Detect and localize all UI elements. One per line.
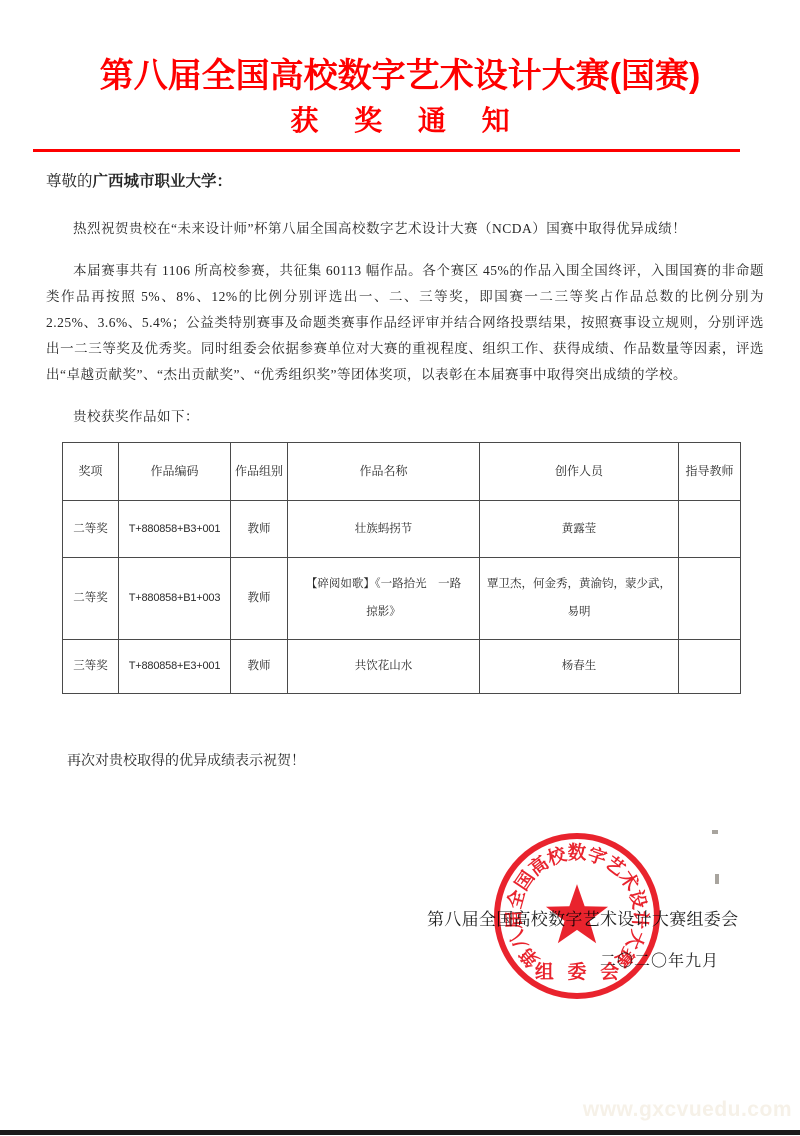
awards-table: 奖项 作品编码 作品组别 作品名称 创作人员 指导教师 二等奖 T+880858… (62, 442, 741, 694)
cell-award: 三等奖 (63, 639, 119, 693)
official-seal-stamp: 第八届全国高校数字艺术设计大赛 组委会 (491, 830, 663, 1002)
site-watermark: www.gxcvuedu.com (583, 1098, 792, 1122)
cell-title: 【碎阅如歌】《一路拾光 一路 掠影》 (288, 557, 480, 639)
cell-title: 共饮花山水 (288, 639, 480, 693)
table-row: 二等奖 T+880858+B3+001 教师 壮族蚂拐节 黄露莹 (63, 500, 741, 557)
cell-advisor (679, 500, 741, 557)
school-name: 广西城市职业大学： (93, 173, 233, 190)
competition-stats-paragraph: 本届赛事共有 1106 所高校参赛，共征集 60113 幅作品。各个赛区 45%… (46, 258, 764, 388)
title-divider-rule (33, 149, 740, 152)
awards-table-header-row: 奖项 作品编码 作品组别 作品名称 创作人员 指导教师 (63, 442, 741, 500)
document-page: 第八届全国高校数字艺术设计大赛(国赛) 获 奖 通 知 尊敬的广西城市职业大学：… (0, 0, 800, 1136)
cell-code: T+880858+B1+003 (119, 557, 231, 639)
header-award: 奖项 (63, 442, 119, 500)
cell-advisor (679, 557, 741, 639)
greeting-line: 尊敬的广西城市职业大学： (46, 170, 764, 194)
table-row: 三等奖 T+880858+E3+001 教师 共饮花山水 杨春生 (63, 639, 741, 693)
cell-group: 教师 (231, 500, 288, 557)
cell-award: 二等奖 (63, 500, 119, 557)
stamp-bottom-text: 组委会 (535, 960, 633, 983)
table-row: 二等奖 T+880858+B1+003 教师 【碎阅如歌】《一路拾光 一路 掠影… (63, 557, 741, 639)
greeting-prefix: 尊敬的 (46, 173, 93, 190)
scan-artifact (712, 830, 718, 834)
closing-line: 再次对贵校取得的优异成绩表示祝贺！ (46, 750, 764, 774)
letter-body: 尊敬的广西城市职业大学： 热烈祝贺贵校在“未来设计师”杯第八届全国高校数字艺术设… (46, 170, 764, 774)
cell-group: 教师 (231, 639, 288, 693)
works-intro-line: 贵校获奖作品如下： (46, 404, 764, 430)
congrats-paragraph: 热烈祝贺贵校在“未来设计师”杯第八届全国高校数字艺术设计大赛（NCDA）国赛中取… (46, 216, 764, 242)
bottom-edge-bar (0, 1130, 800, 1135)
cell-creators: 覃卫杰，何金秀，黄渝钧，蒙少武， 易明 (480, 557, 679, 639)
cell-creators: 杨春生 (480, 639, 679, 693)
header-advisor: 指导教师 (679, 442, 741, 500)
header-creators: 创作人员 (480, 442, 679, 500)
header-code: 作品编码 (119, 442, 231, 500)
cell-creators: 黄露莹 (480, 500, 679, 557)
star-icon (546, 884, 608, 943)
page-subtitle: 获 奖 通 知 (0, 105, 800, 137)
cell-award: 二等奖 (63, 557, 119, 639)
scan-artifact (715, 874, 719, 884)
cell-title: 壮族蚂拐节 (288, 500, 480, 557)
cell-advisor (679, 639, 741, 693)
header-group: 作品组别 (231, 442, 288, 500)
page-title: 第八届全国高校数字艺术设计大赛(国赛) (0, 0, 800, 97)
cell-code: T+880858+B3+001 (119, 500, 231, 557)
cell-group: 教师 (231, 557, 288, 639)
cell-code: T+880858+E3+001 (119, 639, 231, 693)
header-title: 作品名称 (288, 442, 480, 500)
